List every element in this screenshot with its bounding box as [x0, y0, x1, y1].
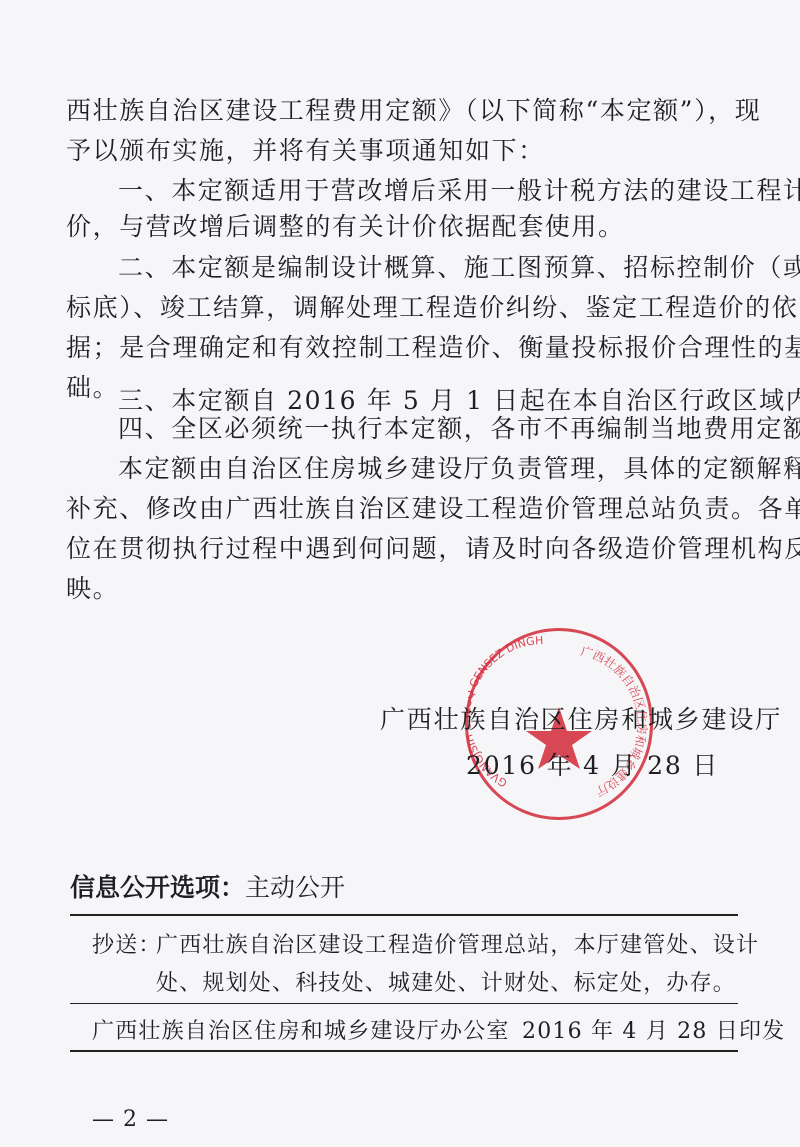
body-line: 据；是合理确定和有效控制工程造价、衡量投标报价合理性的基 — [66, 333, 800, 363]
divider-middle — [70, 1003, 738, 1004]
body-line: 价，与营改增后调整的有关计价依据配套使用。 — [66, 212, 625, 242]
cc-line-1: 广西壮族自治区建设工程造价管理总站，本厅建管处、设计 — [156, 928, 759, 959]
body-line: 一、本定额适用于营改增后采用一般计税方法的建设工程计 — [118, 176, 800, 206]
body-line: 西壮族自治区建设工程费用定额》（以下简称“本定额”），现 — [66, 96, 761, 126]
body-line: 二、本定额是编制设计概算、施工图预算、招标控制价（或 — [118, 253, 800, 283]
body-line: 补充、修改由广西壮族自治区建设工程造价管理总站负责。各单 — [66, 494, 800, 524]
page-number: — 2 — — [92, 1107, 169, 1132]
issuing-date: 2016 年 4 月 28 日印发 — [522, 1014, 785, 1045]
body-line: 三、本定额自 2016 年 5 月 1 日起在本自治区行政区域内实施。 — [118, 386, 800, 416]
cc-label: 抄送： — [92, 928, 162, 959]
body-line: 标底）、竣工结算，调解处理工程造价纠纷、鉴定工程造价的依 — [66, 293, 798, 323]
disclosure-label: 信息公开选项： — [70, 873, 245, 902]
body-line: 位在贯彻执行过程中遇到何问题，请及时向各级造价管理机构反 — [66, 534, 800, 564]
divider-bottom — [70, 1050, 738, 1052]
cc-line-2: 处、规划处、科技处、城建处、计财处、标定处，办存。 — [156, 966, 736, 997]
disclosure-value: 主动公开 — [245, 873, 345, 902]
body-line: 础。 — [66, 373, 119, 403]
divider-top — [70, 914, 738, 916]
issuing-office: 广西壮族自治区住房和城乡建设厅办公室 — [92, 1014, 510, 1045]
body-line: 本定额由自治区住房城乡建设厅负责管理，具体的定额解释、 — [118, 454, 800, 484]
signature-date: 2016 年 4 月 28 日 — [466, 746, 719, 782]
body-line: 予以颁布实施，并将有关事项通知如下： — [66, 136, 545, 166]
signature-organization: 广西壮族自治区住房和城乡建设厅 — [380, 700, 782, 736]
body-line: 四、全区必须统一执行本定额，各市不再编制当地费用定额。 — [118, 414, 800, 444]
body-line: 映。 — [66, 574, 119, 604]
disclosure-option: 信息公开选项：主动公开 — [70, 868, 345, 904]
